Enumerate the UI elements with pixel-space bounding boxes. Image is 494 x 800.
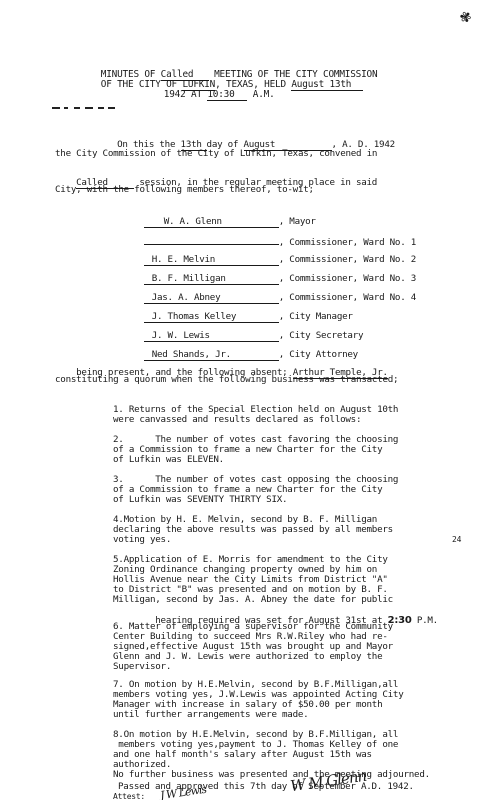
meeting-date-field: August 13th — [291, 80, 363, 91]
attest-label: Attest: — [113, 791, 145, 800]
scanned-document-page: ✾ MINUTES OF Called MEETING OF THE CITY … — [0, 0, 494, 800]
corner-stamp-icon: ✾ — [458, 8, 474, 27]
margin-dash — [108, 107, 115, 109]
closing-line: No further business was presented and th… — [113, 769, 430, 780]
margin-dash — [85, 107, 93, 109]
opening-line-4: City, with the following members thereof… — [55, 184, 314, 195]
margin-dash — [52, 107, 60, 109]
margin-dash — [98, 107, 104, 109]
margin-dash — [74, 107, 80, 109]
quorum-line: constituting a quorum when the following… — [55, 374, 398, 385]
margin-number: 24 — [452, 534, 461, 545]
header-line-3: 1942 AT 10:30 A.M. — [142, 78, 275, 112]
margin-dash — [64, 107, 68, 109]
opening-line-2: the City Commission of the City of Lufki… — [55, 148, 377, 159]
meeting-time-field: 10:30 — [207, 90, 247, 101]
